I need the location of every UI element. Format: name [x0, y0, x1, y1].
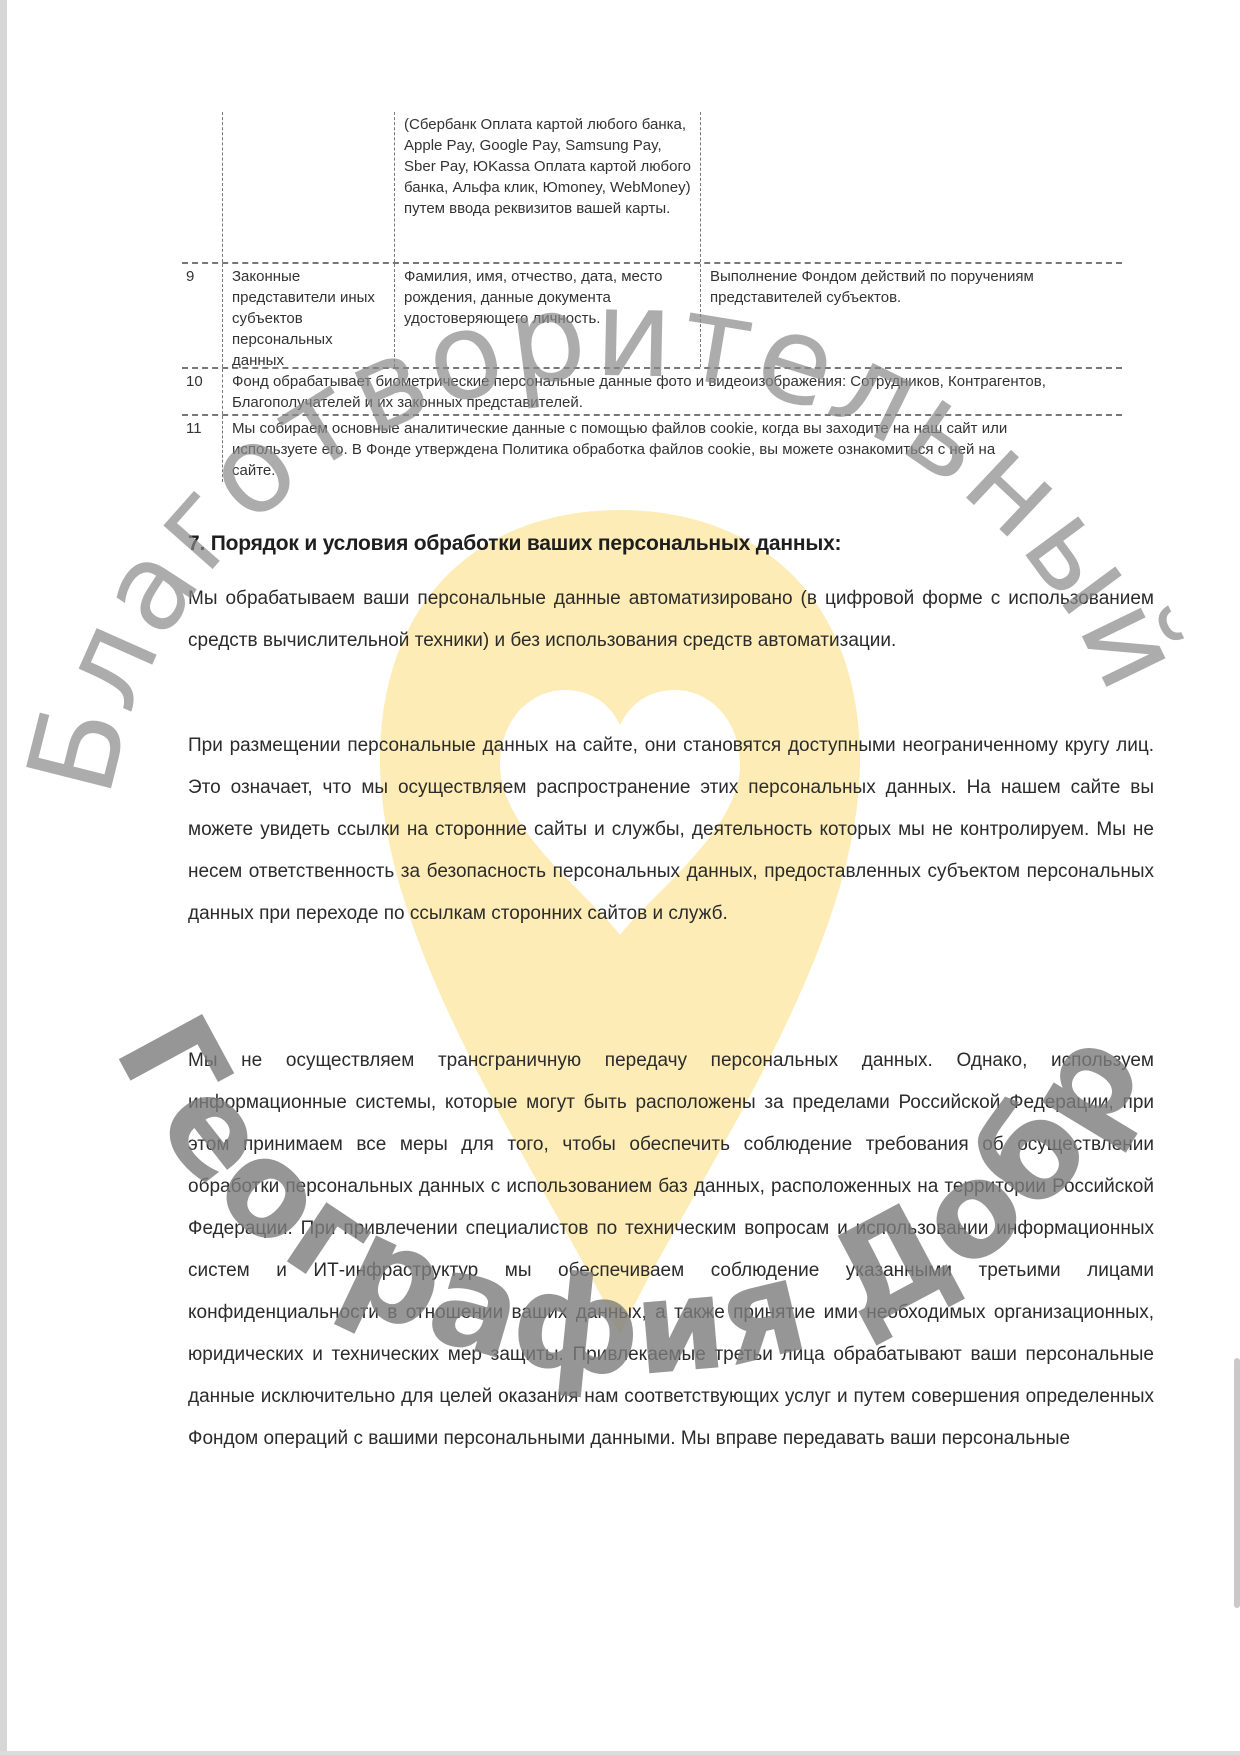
table-cell-purpose: Выполнение Фондом действий по поручениям… [710, 264, 1130, 308]
table-row: (Сбербанк Оплата картой любого банка, Ap… [182, 112, 1122, 264]
table-row: 11 Мы собираем основные аналитические да… [182, 416, 1122, 482]
document-page: (Сбербанк Оплата картой любого банка, Ap… [0, 0, 1240, 1755]
table-cell-subject: Законные представители иных субъектов пе… [232, 264, 382, 371]
table-row: 10 Фонд обрабатывает биометрические перс… [182, 369, 1122, 416]
paragraph: Мы не осуществляем трансграничную переда… [188, 1040, 1154, 1460]
table-cell-text: Фонд обрабатывает биометрические персона… [232, 369, 1122, 413]
table-row: 9 Законные представители иных субъектов … [182, 264, 1122, 369]
table-cell-number: 11 [186, 416, 216, 439]
table-cell-data: (Сбербанк Оплата картой любого банка, Ap… [404, 112, 694, 219]
section-heading: 7. Порядок и условия обработки ваших пер… [188, 532, 841, 556]
table-cell-number: 9 [186, 264, 216, 287]
table-cell-text: Мы собираем основные аналитические данны… [232, 416, 1032, 481]
table-cell-number: 10 [186, 369, 216, 392]
table-cell-data: Фамилия, имя, отчество, дата, место рожд… [404, 264, 694, 329]
paragraph: Мы обрабатываем ваши персональные данные… [188, 578, 1154, 662]
personal-data-table: (Сбербанк Оплата картой любого банка, Ap… [182, 112, 1122, 482]
paragraph: При размещении персональные данных на са… [188, 725, 1154, 935]
